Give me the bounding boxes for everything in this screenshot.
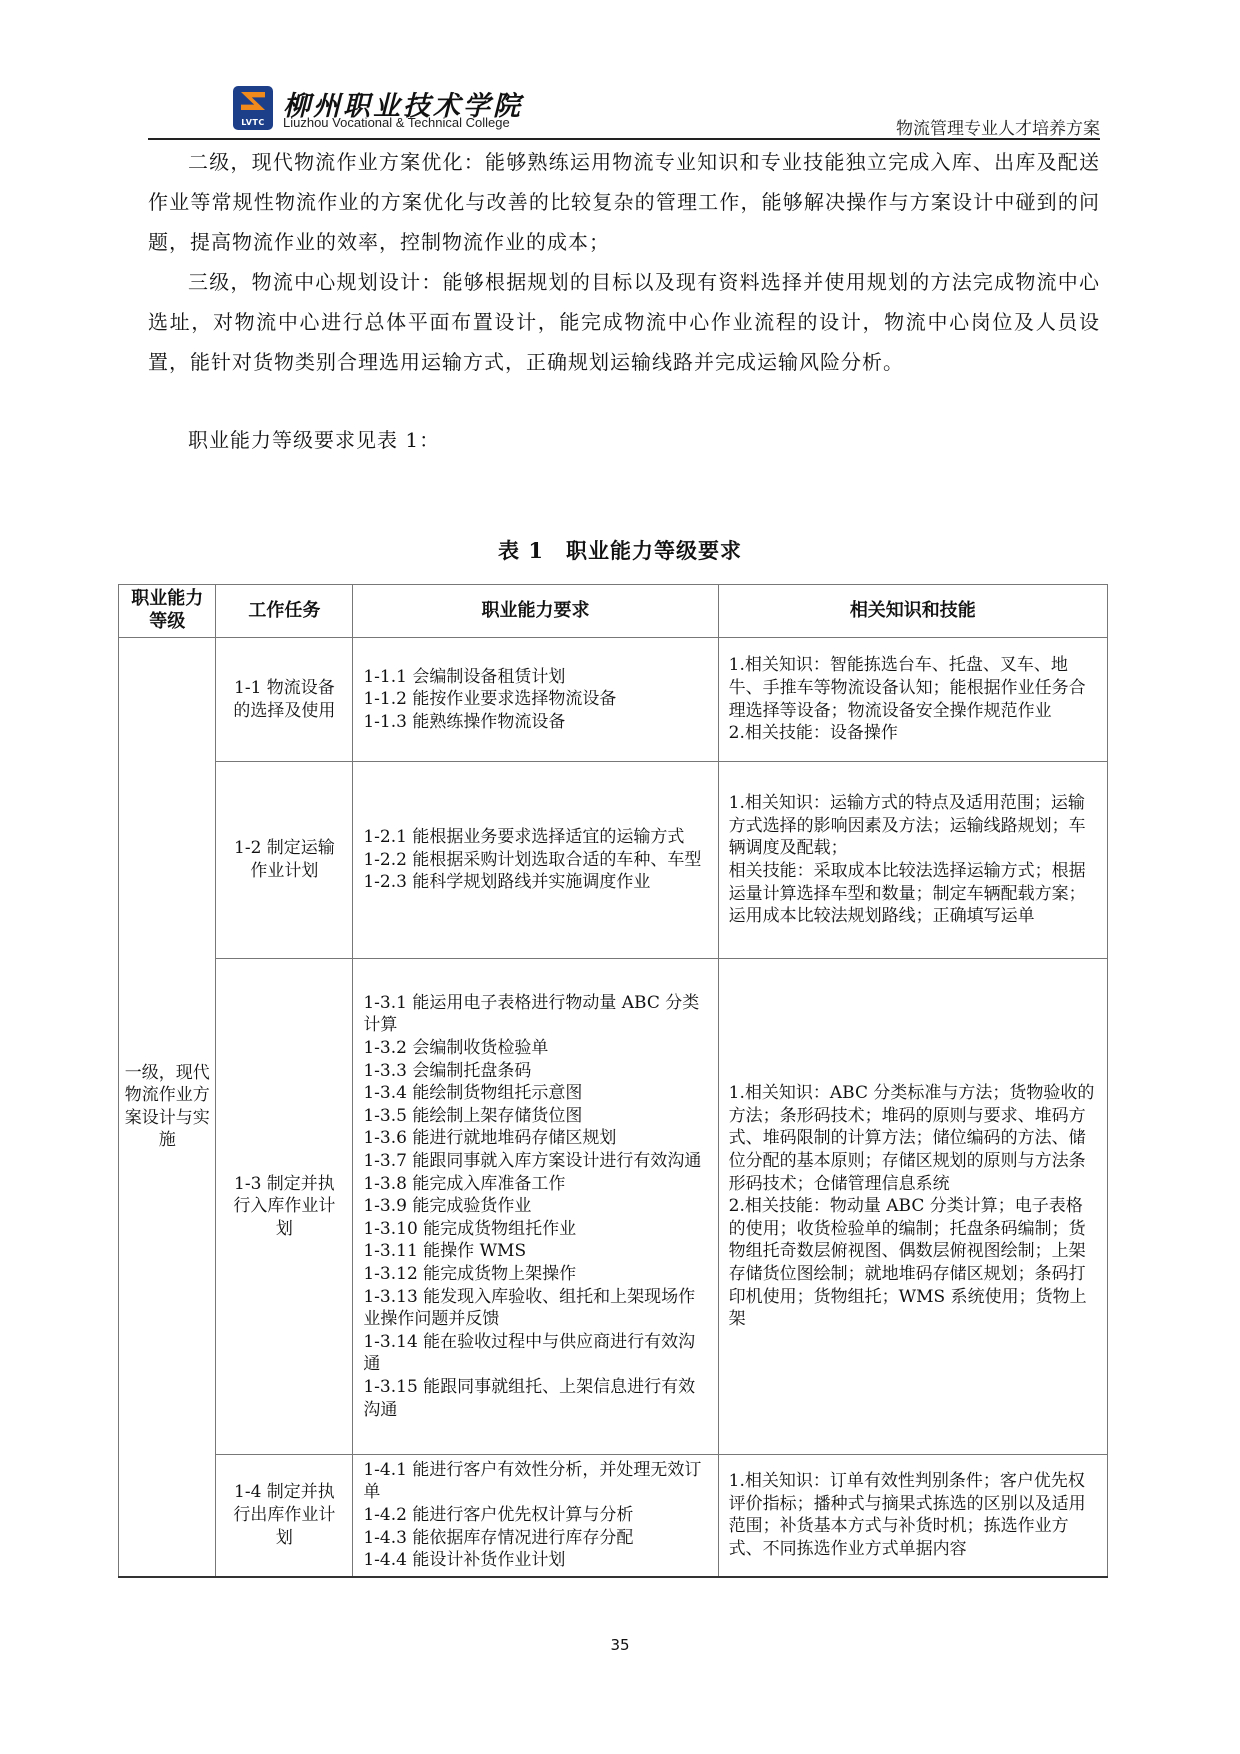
table-header-row: 职业能力等级 工作任务 职业能力要求 相关知识和技能 [119,585,1108,638]
task-cell: 1-4 制定并执行出库作业计划 [216,1455,353,1577]
requirement-item: 1-3.5 能绘制上架存储货位图 [363,1105,707,1128]
knowledge-item: 2.相关技能：设备操作 [729,722,1097,745]
requirement-item: 1-3.4 能绘制货物组托示意图 [363,1082,707,1105]
document-title: 物流管理专业人才培养方案 [896,114,1100,139]
paragraph-level-3: 三级，物流中心规划设计：能够根据规划的目标以及现有资料选择并使用规划的方法完成物… [148,262,1100,382]
requirement-item: 1-2.3 能科学规划路线并实施调度作业 [363,871,707,894]
requirement-item: 1-4.2 能进行客户优先权计算与分析 [363,1504,707,1527]
requirement-item: 1-4.3 能依据库存情况进行库存分配 [363,1527,707,1550]
requirements-cell: 1-3.1 能运用电子表格进行物动量 ABC 分类计算 1-3.2 会编制收货检… [353,959,718,1455]
header-task: 工作任务 [216,585,353,638]
requirement-item: 1-3.9 能完成验货作业 [363,1195,707,1218]
requirement-item: 1-3.6 能进行就地堆码存储区规划 [363,1127,707,1150]
table-row: 一级，现代物流作业方案设计与实施 1-1 物流设备的选择及使用 1-1.1 会编… [119,638,1108,762]
logo-text: LVTC [233,118,273,127]
requirement-item: 1-3.3 会编制托盘条码 [363,1060,707,1083]
requirement-item: 1-3.14 能在验收过程中与供应商进行有效沟通 [363,1331,707,1376]
paragraph-level-2: 二级，现代物流作业方案优化：能够熟练运用物流专业知识和专业技能独立完成入库、出库… [148,142,1100,262]
logo-mark-icon [241,92,265,110]
requirement-item: 1-3.1 能运用电子表格进行物动量 ABC 分类计算 [363,992,707,1037]
task-cell: 1-2 制定运输作业计划 [216,762,353,959]
requirement-item: 1-4.1 能进行客户有效性分析，并处理无效订单 [363,1459,707,1504]
knowledge-item: 1.相关知识：运输方式的特点及适用范围；运输方式选择的影响因素及方法；运输线路规… [729,792,1097,860]
knowledge-item: 2.相关技能：物动量 ABC 分类计算；电子表格的使用；收货检验单的编制；托盘条… [729,1195,1097,1331]
college-logo-icon: LVTC [233,86,273,130]
header-level: 职业能力等级 [119,585,216,638]
requirement-item: 1-3.2 会编制收货检验单 [363,1037,707,1060]
requirement-item: 1-1.1 会编制设备租赁计划 [363,666,707,689]
requirement-item: 1-1.2 能按作业要求选择物流设备 [363,688,707,711]
knowledge-item: 1.相关知识：订单有效性判别条件；客户优先权评价指标；播种式与摘果式拣选的区别以… [729,1470,1097,1560]
requirement-item: 1-3.15 能跟同事就组托、上架信息进行有效沟通 [363,1376,707,1421]
requirement-item: 1-1.3 能熟练操作物流设备 [363,711,707,734]
requirement-item: 1-3.13 能发现入库验收、组托和上架现场作业操作问题并反馈 [363,1286,707,1331]
requirement-item: 1-3.10 能完成货物组托作业 [363,1218,707,1241]
requirement-item: 1-3.11 能操作 WMS [363,1240,707,1263]
page-header: LVTC 柳州职业技术学院 Liuzhou Vocational & Techn… [148,82,1100,140]
requirements-cell: 1-4.1 能进行客户有效性分析，并处理无效订单 1-4.2 能进行客户优先权计… [353,1455,718,1577]
knowledge-item: 1.相关知识：智能拣选台车、托盘、叉车、地牛、手推车等物流设备认知；能根据作业任… [729,654,1097,722]
requirement-item: 1-2.2 能根据采购计划选取合适的车种、车型 [363,849,707,872]
header-knowledge: 相关知识和技能 [718,585,1107,638]
table-row: 1-4 制定并执行出库作业计划 1-4.1 能进行客户有效性分析，并处理无效订单… [119,1455,1108,1577]
table-title: 表 1 职业能力等级要求 [0,535,1240,565]
table-row: 1-2 制定运输作业计划 1-2.1 能根据业务要求选择适宜的运输方式 1-2.… [119,762,1108,959]
level-cell: 一级，现代物流作业方案设计与实施 [119,638,216,1577]
table-row: 1-3 制定并执行入库作业计划 1-3.1 能运用电子表格进行物动量 ABC 分… [119,959,1108,1455]
requirement-item: 1-3.8 能完成入库准备工作 [363,1173,707,1196]
header-requirements: 职业能力要求 [353,585,718,638]
knowledge-cell: 1.相关知识：ABC 分类标准与方法；货物验收的方法；条形码技术；堆码的原则与要… [718,959,1107,1455]
paragraph-table-ref: 职业能力等级要求见表 1： [148,420,1100,460]
page-number: 35 [0,1636,1240,1654]
requirement-item: 1-3.12 能完成货物上架操作 [363,1263,707,1286]
knowledge-item: 1.相关知识：ABC 分类标准与方法；货物验收的方法；条形码技术；堆码的原则与要… [729,1082,1097,1195]
requirement-item: 1-4.4 能设计补货作业计划 [363,1549,707,1572]
ability-requirements-table: 职业能力等级 工作任务 职业能力要求 相关知识和技能 一级，现代物流作业方案设计… [118,584,1108,1578]
knowledge-item: 相关技能：采取成本比较法选择运输方式；根据运量计算选择车型和数量；制定车辆配载方… [729,860,1097,928]
requirement-item: 1-3.7 能跟同事就入库方案设计进行有效沟通 [363,1150,707,1173]
requirements-cell: 1-2.1 能根据业务要求选择适宜的运输方式 1-2.2 能根据采购计划选取合适… [353,762,718,959]
college-name-en: Liuzhou Vocational & Technical College [283,115,510,130]
task-cell: 1-3 制定并执行入库作业计划 [216,959,353,1455]
knowledge-cell: 1.相关知识：运输方式的特点及适用范围；运输方式选择的影响因素及方法；运输线路规… [718,762,1107,959]
knowledge-cell: 1.相关知识：智能拣选台车、托盘、叉车、地牛、手推车等物流设备认知；能根据作业任… [718,638,1107,762]
requirements-cell: 1-1.1 会编制设备租赁计划 1-1.2 能按作业要求选择物流设备 1-1.3… [353,638,718,762]
knowledge-cell: 1.相关知识：订单有效性判别条件；客户优先权评价指标；播种式与摘果式拣选的区别以… [718,1455,1107,1577]
requirement-item: 1-2.1 能根据业务要求选择适宜的运输方式 [363,826,707,849]
task-cell: 1-1 物流设备的选择及使用 [216,638,353,762]
